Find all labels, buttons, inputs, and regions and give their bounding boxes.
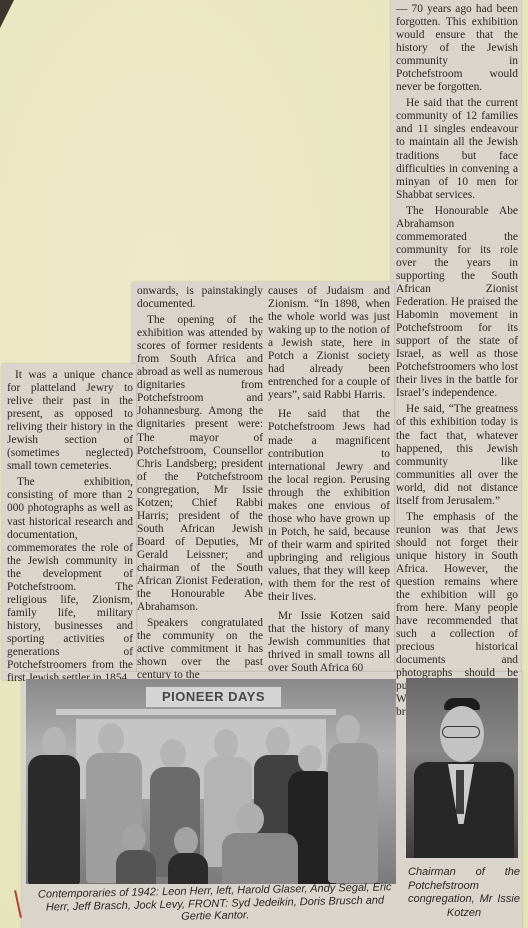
- glasses: [442, 726, 480, 738]
- banner-frame: [56, 709, 336, 715]
- paragraph: The exhibition, consisting of more than …: [7, 476, 133, 685]
- article-column-4: — 70 years ago had been forgotten. This …: [396, 3, 518, 720]
- article-column-2: onwards, is painstakingly documented. Th…: [137, 285, 263, 682]
- paragraph: The Honourable Abe Abrahamson commemorat…: [396, 205, 518, 401]
- tie: [456, 770, 464, 814]
- paragraph: onwards, is painstakingly documented.: [137, 285, 263, 311]
- paragraph: The opening of the exhibition was attend…: [137, 314, 263, 614]
- paragraph: He said that the Potchefstroom Jews had …: [268, 408, 390, 604]
- paragraph: Mr Issie Kotzen said that the history of…: [268, 610, 390, 675]
- paragraph: Speakers congratulated the community on …: [137, 617, 263, 682]
- group-photo: PIONEER DAYS: [26, 679, 396, 884]
- group-photo-caption: Contemporaries of 1942: Leon Herr, left,…: [34, 881, 397, 926]
- corner-shadow: [0, 0, 14, 28]
- paragraph: He said, “The greatness of this exhibiti…: [396, 403, 518, 507]
- portrait-caption: Chairman of the Potchefstroom congregati…: [408, 866, 520, 920]
- pioneer-days-banner: PIONEER DAYS: [146, 687, 281, 707]
- paragraph: causes of Judaism and Zionism. “In 1898,…: [268, 285, 390, 402]
- portrait-photo: [406, 678, 518, 858]
- paragraph: He said that the current community of 12…: [396, 97, 518, 201]
- paragraph: It was a unique chance for platteland Je…: [7, 369, 133, 473]
- article-column-3: causes of Judaism and Zionism. “In 1898,…: [268, 285, 390, 675]
- article-column-1: It was a unique chance for platteland Je…: [7, 369, 133, 685]
- paragraph: — 70 years ago had been forgotten. This …: [396, 3, 518, 94]
